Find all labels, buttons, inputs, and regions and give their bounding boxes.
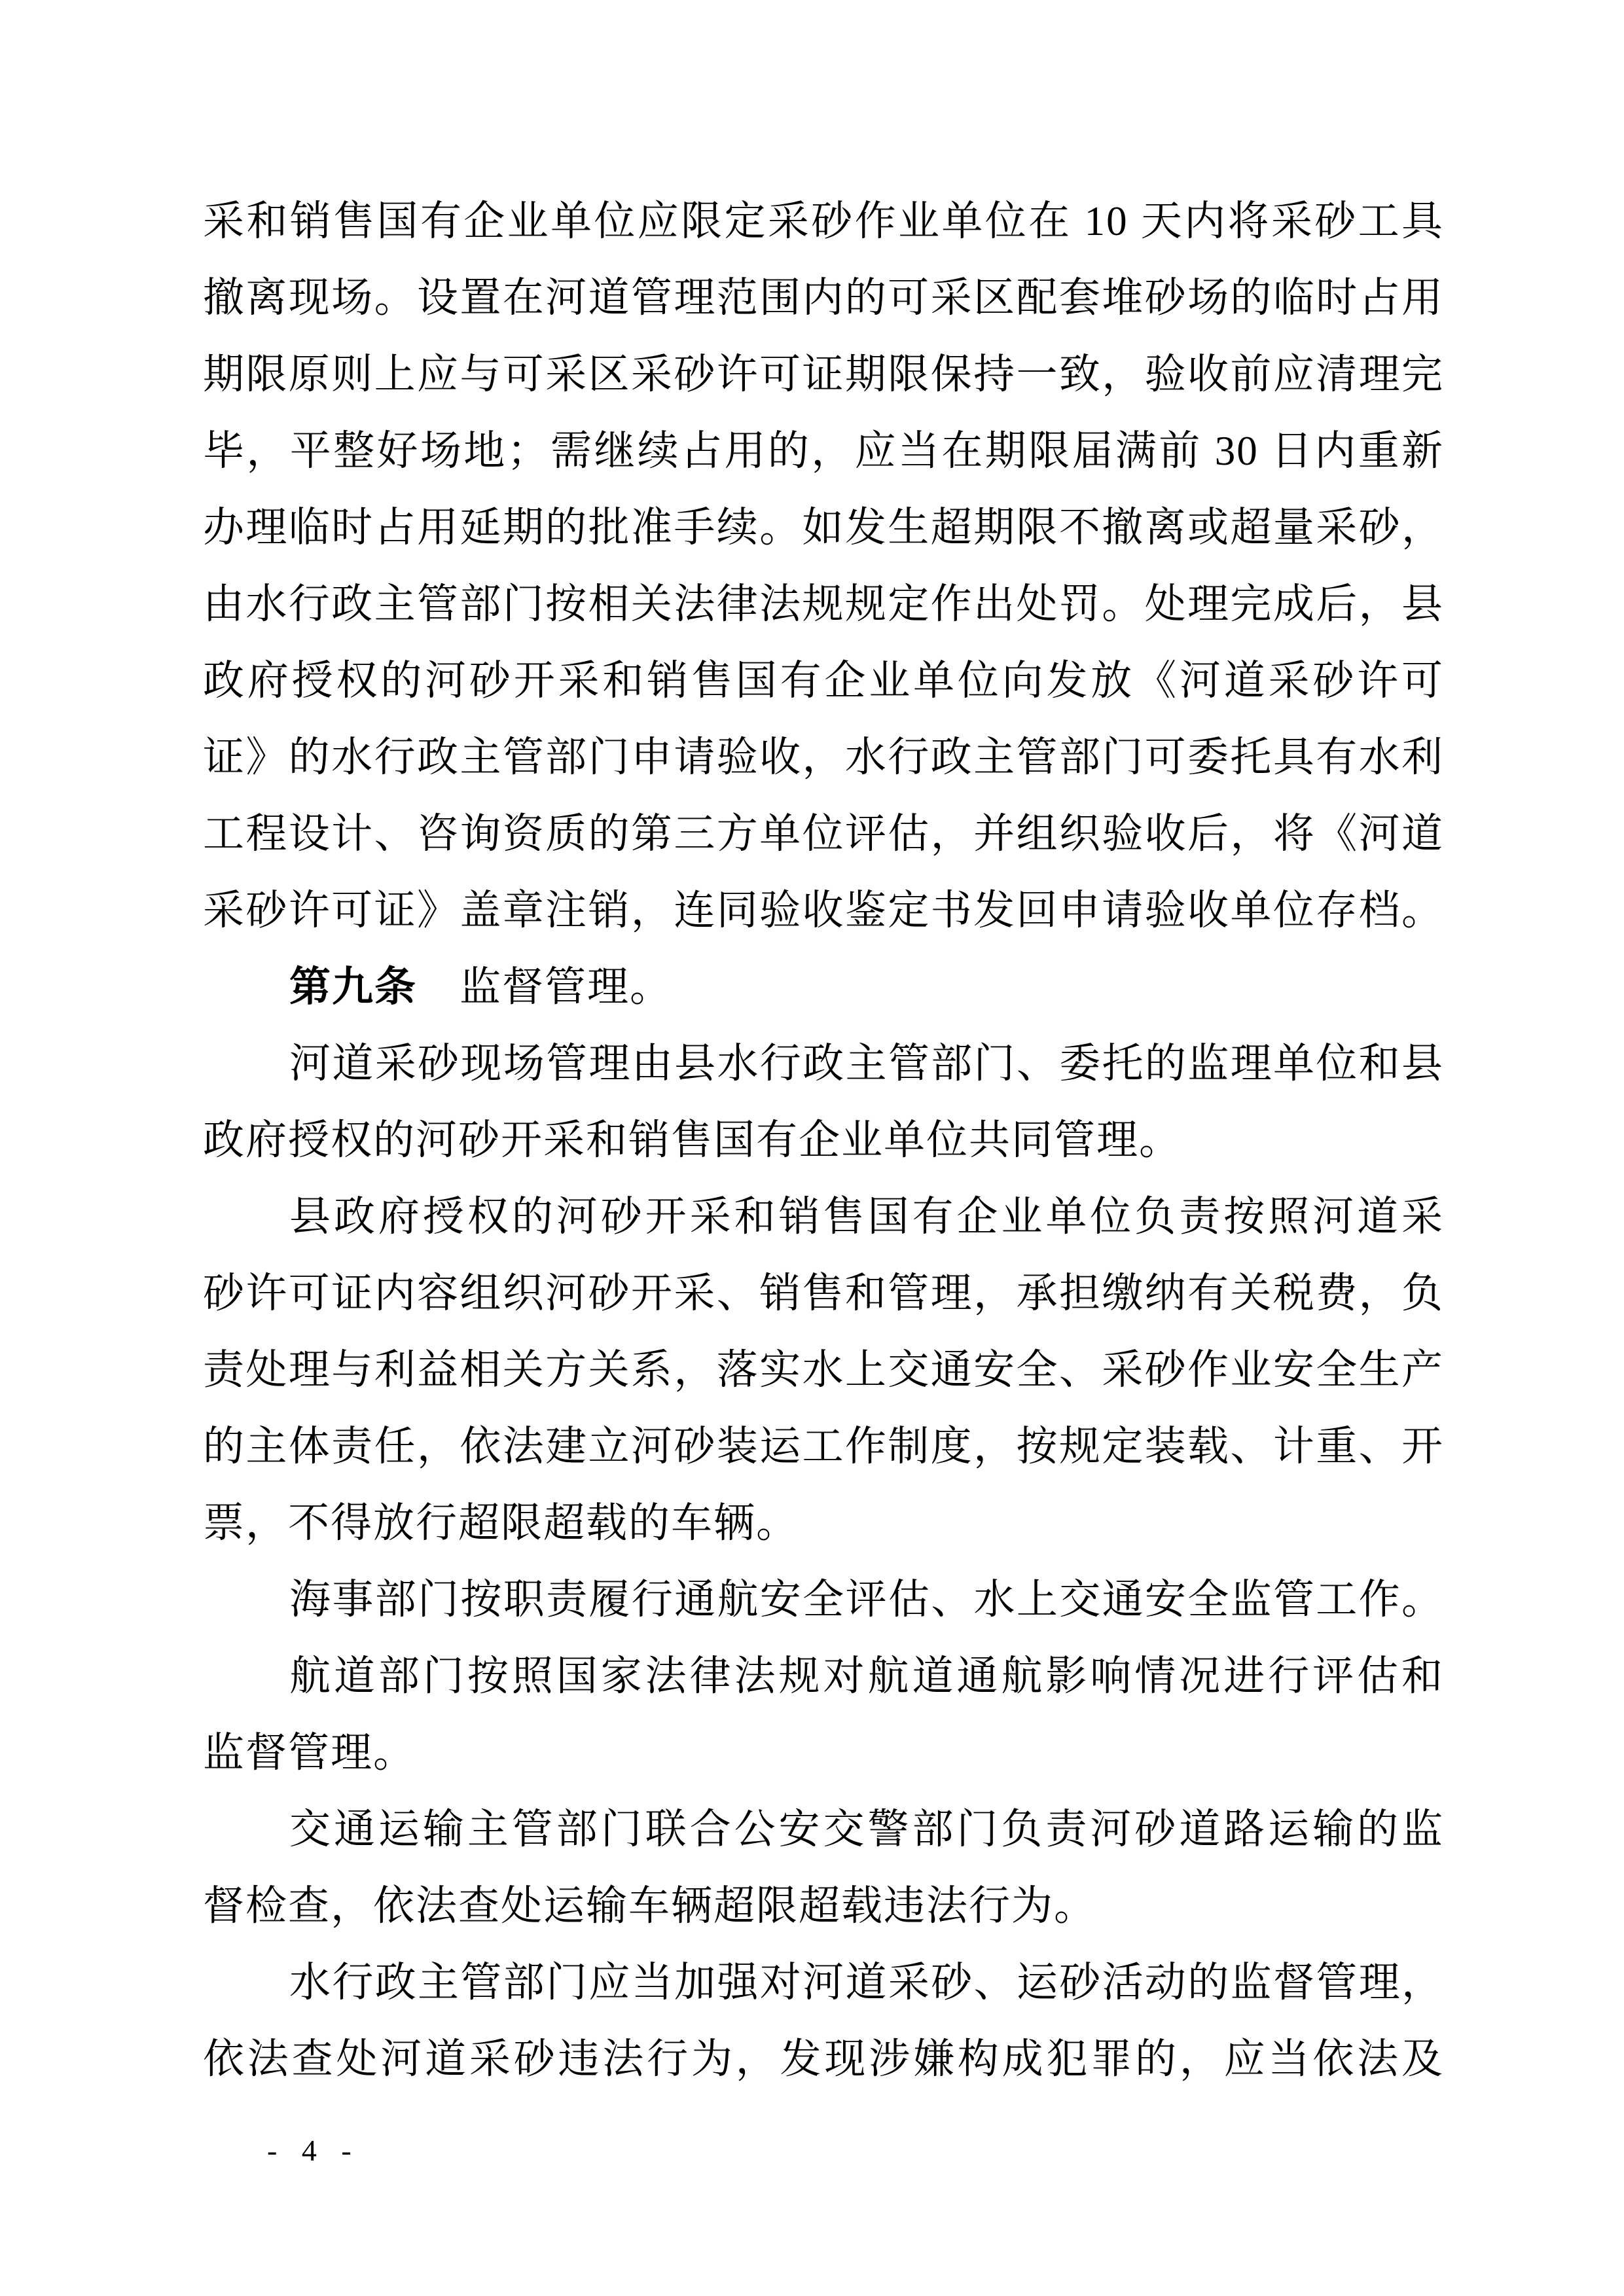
text-segment: 督检查，依法查处运输车辆超限超载违法行为。 (203, 1883, 1096, 1929)
text-line: 采砂许可证》盖章注销，连同验收鉴定书发回申请验收单位存档。 (203, 872, 1444, 949)
text-line: 责处理与利益相关方关系，落实水上交通安全、采砂作业安全生产 (203, 1332, 1444, 1408)
text-segment: 依法查处河道采砂违法行为，发现涉嫌构成犯罪的，应当依法及 (203, 2036, 1444, 2082)
text-segment: 政府授权的河砂开采和销售国有企业单位共同管理。 (203, 1117, 1182, 1163)
text-segment: 采砂许可证》盖章注销，连同验收鉴定书发回申请验收单位存档。 (203, 888, 1444, 933)
text-segment: 交通运输主管部门联合公安交警部门负责河砂道路运输的监 (289, 1806, 1444, 1852)
text-segment: 河道采砂现场管理由县水行政主管部门、委托的监理单位和县 (289, 1041, 1444, 1086)
text-segment: 工程设计、咨询资质的第三方单位评估，并组织验收后，将《河道 (203, 811, 1444, 857)
text-segment: 监督管理。 (417, 964, 672, 1010)
text-segment: 毕，平整好场地；需继续占用的，应当在期限届满前 30 日内重新 (203, 428, 1444, 474)
text-line: 采和销售国有企业单位应限定采砂作业单位在 10 天内将采砂工具 (203, 183, 1444, 260)
text-line: 海事部门按职责履行通航安全评估、水上交通安全监管工作。 (203, 1562, 1444, 1638)
page-number: - 4 - (267, 2131, 354, 2170)
text-line: 河道采砂现场管理由县水行政主管部门、委托的监理单位和县 (203, 1026, 1444, 1102)
text-segment: 监督管理。 (203, 1730, 416, 1776)
document-body: 采和销售国有企业单位应限定采砂作业单位在 10 天内将采砂工具撤离现场。设置在河… (203, 183, 1444, 2098)
text-segment: 海事部门按职责履行通航安全评估、水上交通安全监管工作。 (289, 1577, 1444, 1623)
text-segment: 航道部门按照国家法律法规对航道通航影响情况进行评估和 (289, 1653, 1444, 1699)
text-line: 航道部门按照国家法律法规对航道通航影响情况进行评估和 (203, 1638, 1444, 1715)
text-line: 第九条 监督管理。 (203, 949, 1444, 1026)
text-line: 票，不得放行超限超载的车辆。 (203, 1485, 1444, 1562)
text-line: 工程设计、咨询资质的第三方单位评估，并组织验收后，将《河道 (203, 796, 1444, 872)
text-line: 的主体责任，依法建立河砂装运工作制度，按规定装载、计重、开 (203, 1408, 1444, 1485)
text-segment: 砂许可证内容组织河砂开采、销售和管理，承担缴纳有关税费，负 (203, 1270, 1444, 1316)
text-segment: 撤离现场。设置在河道管理范围内的可采区配套堆砂场的临时占用 (203, 275, 1444, 321)
document-page: 采和销售国有企业单位应限定采砂作业单位在 10 天内将采砂工具撤离现场。设置在河… (0, 0, 1624, 2296)
text-segment: 责处理与利益相关方关系，落实水上交通安全、采砂作业安全生产 (203, 1347, 1444, 1393)
text-line: 水行政主管部门应当加强对河道采砂、运砂活动的监督管理， (203, 1945, 1444, 2021)
text-line: 监督管理。 (203, 1715, 1444, 1791)
text-line: 督检查，依法查处运输车辆超限超载违法行为。 (203, 1868, 1444, 1945)
text-line: 办理临时占用延期的批准手续。如发生超期限不撤离或超量采砂， (203, 490, 1444, 566)
text-line: 交通运输主管部门联合公安交警部门负责河砂道路运输的监 (203, 1791, 1444, 1868)
text-segment: 采和销售国有企业单位应限定采砂作业单位在 10 天内将采砂工具 (203, 198, 1444, 244)
text-line: 撤离现场。设置在河道管理范围内的可采区配套堆砂场的临时占用 (203, 260, 1444, 336)
text-segment: 县政府授权的河砂开采和销售国有企业单位负责按照河道采 (289, 1194, 1444, 1240)
text-segment: 政府授权的河砂开采和销售国有企业单位向发放《河道采砂许可 (203, 658, 1444, 704)
text-line: 政府授权的河砂开采和销售国有企业单位向发放《河道采砂许可 (203, 643, 1444, 719)
text-line: 由水行政主管部门按相关法律法规规定作出处罚。处理完成后，县 (203, 566, 1444, 643)
text-segment: 证》的水行政主管部门申请验收，水行政主管部门可委托具有水利 (203, 734, 1444, 780)
text-segment: 办理临时占用延期的批准手续。如发生超期限不撤离或超量采砂， (203, 505, 1444, 550)
text-segment: 水行政主管部门应当加强对河道采砂、运砂活动的监督管理， (289, 1960, 1444, 2005)
text-line: 县政府授权的河砂开采和销售国有企业单位负责按照河道采 (203, 1179, 1444, 1255)
text-segment: 的主体责任，依法建立河砂装运工作制度，按规定装载、计重、开 (203, 1424, 1444, 1469)
text-line: 毕，平整好场地；需继续占用的，应当在期限届满前 30 日内重新 (203, 413, 1444, 490)
text-line: 证》的水行政主管部门申请验收，水行政主管部门可委托具有水利 (203, 719, 1444, 796)
text-line: 期限原则上应与可采区采砂许可证期限保持一致，验收前应清理完 (203, 336, 1444, 413)
text-segment: 由水行政主管部门按相关法律法规规定作出处罚。处理完成后，县 (203, 581, 1444, 627)
article-heading-number: 第九条 (289, 964, 417, 1010)
text-line: 依法查处河道采砂违法行为，发现涉嫌构成犯罪的，应当依法及 (203, 2021, 1444, 2098)
text-segment: 期限原则上应与可采区采砂许可证期限保持一致，验收前应清理完 (203, 351, 1444, 397)
text-segment: 票，不得放行超限超载的车辆。 (203, 1500, 799, 1546)
text-line: 政府授权的河砂开采和销售国有企业单位共同管理。 (203, 1102, 1444, 1179)
text-line: 砂许可证内容组织河砂开采、销售和管理，承担缴纳有关税费，负 (203, 1255, 1444, 1332)
